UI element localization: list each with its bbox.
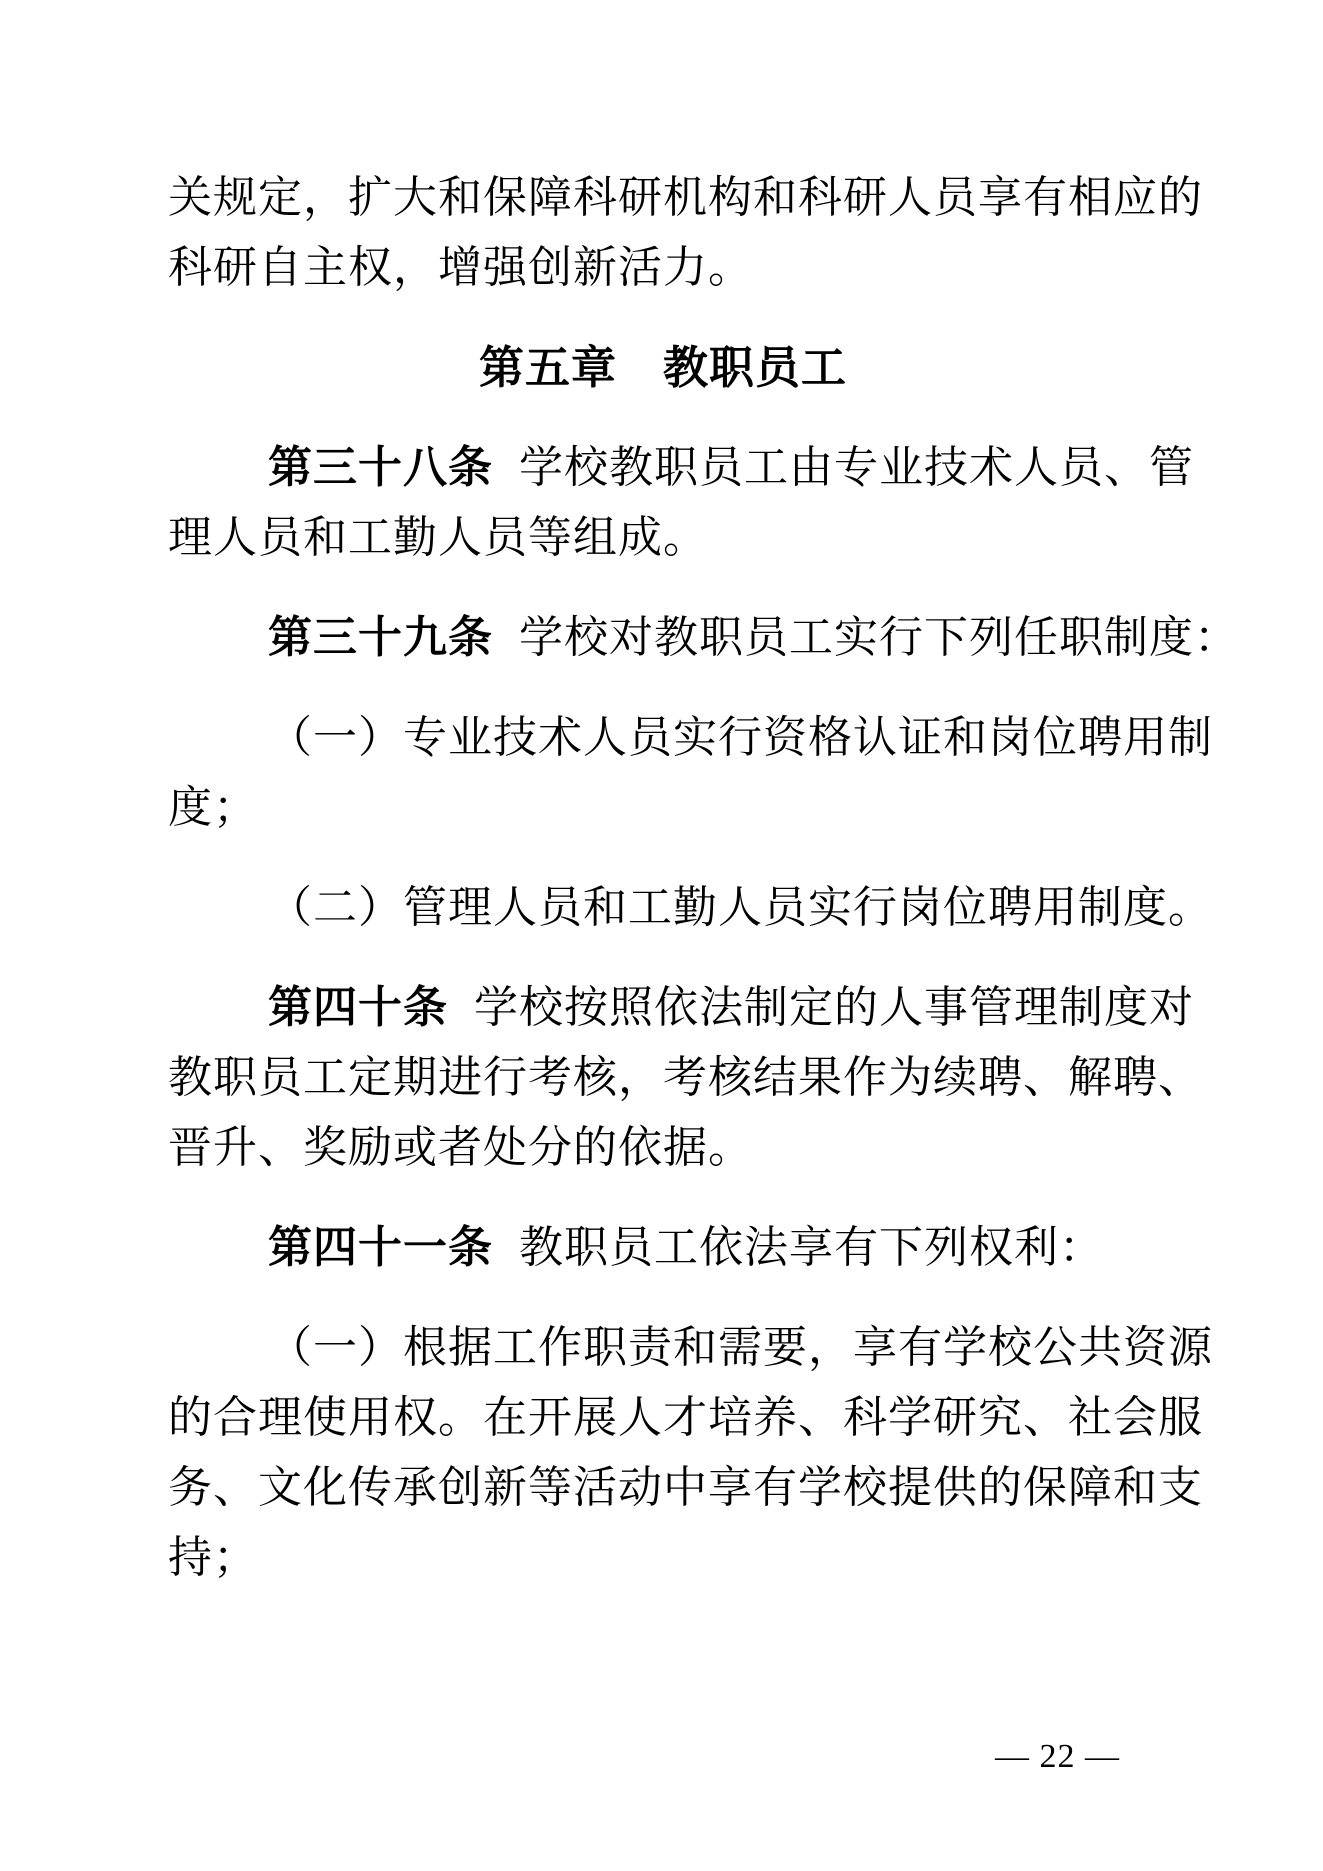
paragraph: 第四十一条教职员工依法享有下列权利： [168, 1213, 1158, 1283]
article-number: 第四十条 [268, 983, 448, 1032]
text-line: 务、文化传承创新等活动中享有学校提供的保障和支 [168, 1453, 1158, 1523]
paragraph: 第四十条学校按照依法制定的人事管理制度对教职员工定期进行考核，考核结果作为续聘、… [168, 973, 1158, 1183]
text-line: 科研自主权，增强创新活力。 [168, 233, 1158, 303]
paragraph: 第三十八条学校教职员工由专业技术人员、管理人员和工勤人员等组成。 [168, 433, 1158, 573]
text-line: （一）专业技术人员实行资格认证和岗位聘用制 [168, 703, 1158, 773]
paragraph: 第三十九条学校对教职员工实行下列任职制度： [168, 603, 1158, 673]
text-line: 理人员和工勤人员等组成。 [168, 503, 1158, 573]
text-line: （二）管理人员和工勤人员实行岗位聘用制度。 [168, 873, 1158, 943]
text-line: 晋升、奖励或者处分的依据。 [168, 1113, 1158, 1183]
chapter-heading: 第五章 教职员工 [168, 333, 1158, 403]
document-page: 关规定，扩大和保障科研机构和科研人员享有相应的科研自主权，增强创新活力。第五章 … [0, 0, 1323, 1871]
text-line: 第五章 教职员工 [168, 333, 1158, 403]
paragraph: （二）管理人员和工勤人员实行岗位聘用制度。 [168, 873, 1158, 943]
text-line: 的合理使用权。在开展人才培养、科学研究、社会服 [168, 1383, 1158, 1453]
text-line: 持； [168, 1523, 1158, 1593]
text-line: 关规定，扩大和保障科研机构和科研人员享有相应的 [168, 163, 1158, 233]
article-number: 第三十九条 [268, 613, 493, 662]
text-line: 教职员工定期进行考核，考核结果作为续聘、解聘、 [168, 1043, 1158, 1113]
text-line: 度； [168, 773, 1158, 843]
paragraph: （一）根据工作职责和需要，享有学校公共资源的合理使用权。在开展人才培养、科学研究… [168, 1313, 1158, 1593]
text-line: 第三十八条学校教职员工由专业技术人员、管 [168, 433, 1158, 503]
text-line: （一）根据工作职责和需要，享有学校公共资源 [168, 1313, 1158, 1383]
article-number: 第三十八条 [268, 443, 493, 492]
article-number: 第四十一条 [268, 1223, 493, 1272]
page-number: — 22 — [995, 1737, 1120, 1777]
paragraph: 关规定，扩大和保障科研机构和科研人员享有相应的科研自主权，增强创新活力。 [168, 163, 1158, 303]
document-content: 关规定，扩大和保障科研机构和科研人员享有相应的科研自主权，增强创新活力。第五章 … [168, 163, 1158, 1623]
paragraph: （一）专业技术人员实行资格认证和岗位聘用制度； [168, 703, 1158, 843]
text-line: 第四十条学校按照依法制定的人事管理制度对 [168, 973, 1158, 1043]
text-line: 第三十九条学校对教职员工实行下列任职制度： [168, 603, 1158, 673]
text-line: 第四十一条教职员工依法享有下列权利： [168, 1213, 1158, 1283]
